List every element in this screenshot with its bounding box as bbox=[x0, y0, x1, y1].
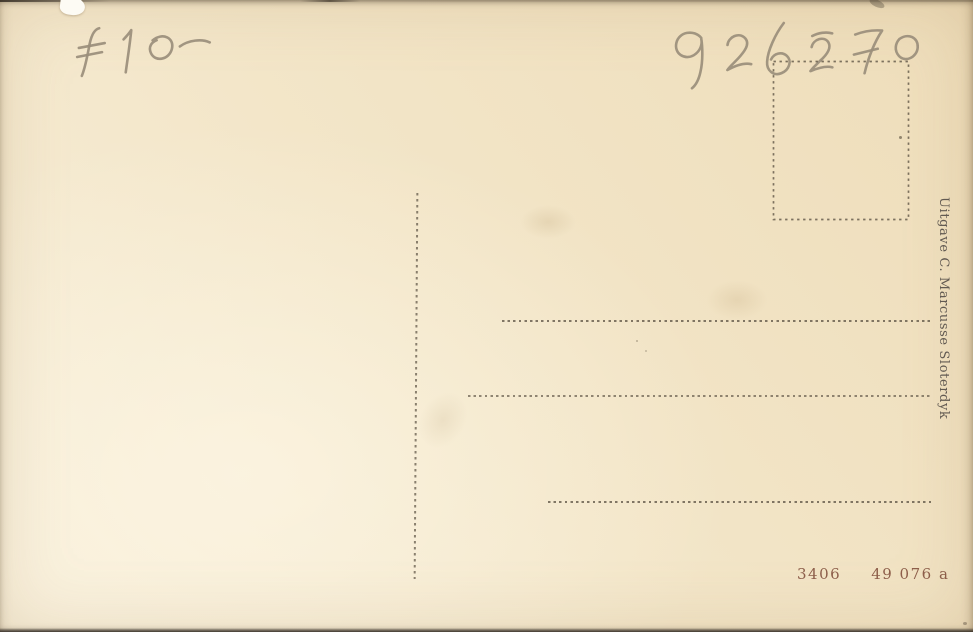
age-stain bbox=[408, 383, 478, 458]
card-top-edge bbox=[0, 0, 973, 2]
print-code-number: 49 076 a bbox=[871, 565, 949, 583]
ink-speck bbox=[645, 350, 647, 352]
ink-speck bbox=[636, 340, 638, 342]
publisher-imprint: Uitgave C. Marcusse Sloterdyk bbox=[935, 197, 951, 435]
age-stain bbox=[520, 205, 576, 239]
card-bottom-edge bbox=[0, 628, 973, 632]
print-code: 340649 076 a bbox=[797, 565, 957, 583]
address-line-3 bbox=[548, 501, 934, 503]
divider-line bbox=[414, 193, 419, 579]
print-code-series: 3406 bbox=[797, 565, 841, 583]
address-line-2 bbox=[468, 395, 931, 397]
paper-chip bbox=[59, 0, 86, 16]
postcard-back: Uitgave C. Marcusse Sloterdyk 340649 076… bbox=[0, 0, 973, 632]
age-stain bbox=[706, 280, 768, 320]
address-line-1 bbox=[502, 320, 930, 322]
handwritten-price bbox=[58, 20, 213, 82]
ink-speck bbox=[963, 622, 967, 625]
stamp-box bbox=[772, 60, 910, 221]
